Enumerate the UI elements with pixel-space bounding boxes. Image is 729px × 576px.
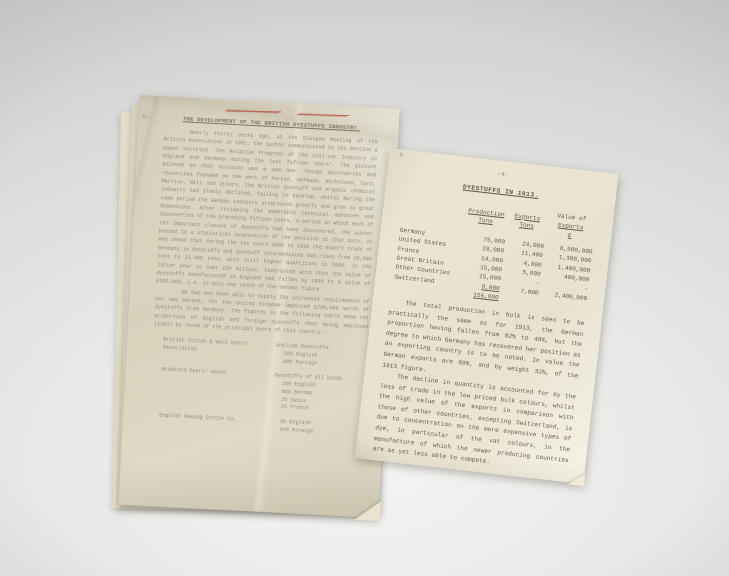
red-ink-mark-crossed-out	[299, 110, 347, 120]
list-item: English Sewing Cotton Co. 9% English 91%…	[149, 412, 364, 439]
paragraph: Nearly thirty years ago, at the Glasgow …	[156, 127, 378, 297]
right-document-body: The total production in bulk is seen to …	[372, 297, 585, 477]
dyer-name: English Sewing Cotton Co.	[159, 413, 273, 434]
red-ink-mark-crossed-out	[227, 107, 279, 117]
dyestuffs-1913-table: Production Tons Exports Tons Value of Ex…	[393, 194, 597, 312]
pencil-corner-mark: -9	[396, 151, 403, 159]
right-document-page: -9 -4- DYESTUFFS IN 1913. Production Ton…	[355, 148, 619, 484]
list-item: British Cotton & Wool Dyers' Association…	[152, 336, 367, 370]
dyer-name: Bradford Dyers' Assoc.	[160, 367, 275, 412]
total-production: 156,000	[473, 291, 499, 301]
column-header-production: Production Tons	[462, 201, 509, 237]
dyers-proportion-list: British Cotton & Wool Dyers' Association…	[149, 336, 367, 438]
left-document-body: Nearly thirty years ago, at the Glasgow …	[154, 127, 378, 339]
column-header-exports: Exports Tons	[506, 206, 548, 242]
photograph-of-documents: Ex. THE DEVELOPMENT OF THE BRITISH DYEST…	[0, 0, 729, 576]
pencil-margin-mark: Ex.	[143, 114, 152, 120]
dyer-name: British Cotton & Wool Dyers' Association	[162, 337, 276, 366]
list-item: Bradford Dyers' Assoc. Dyestuffs of all …	[150, 366, 366, 416]
